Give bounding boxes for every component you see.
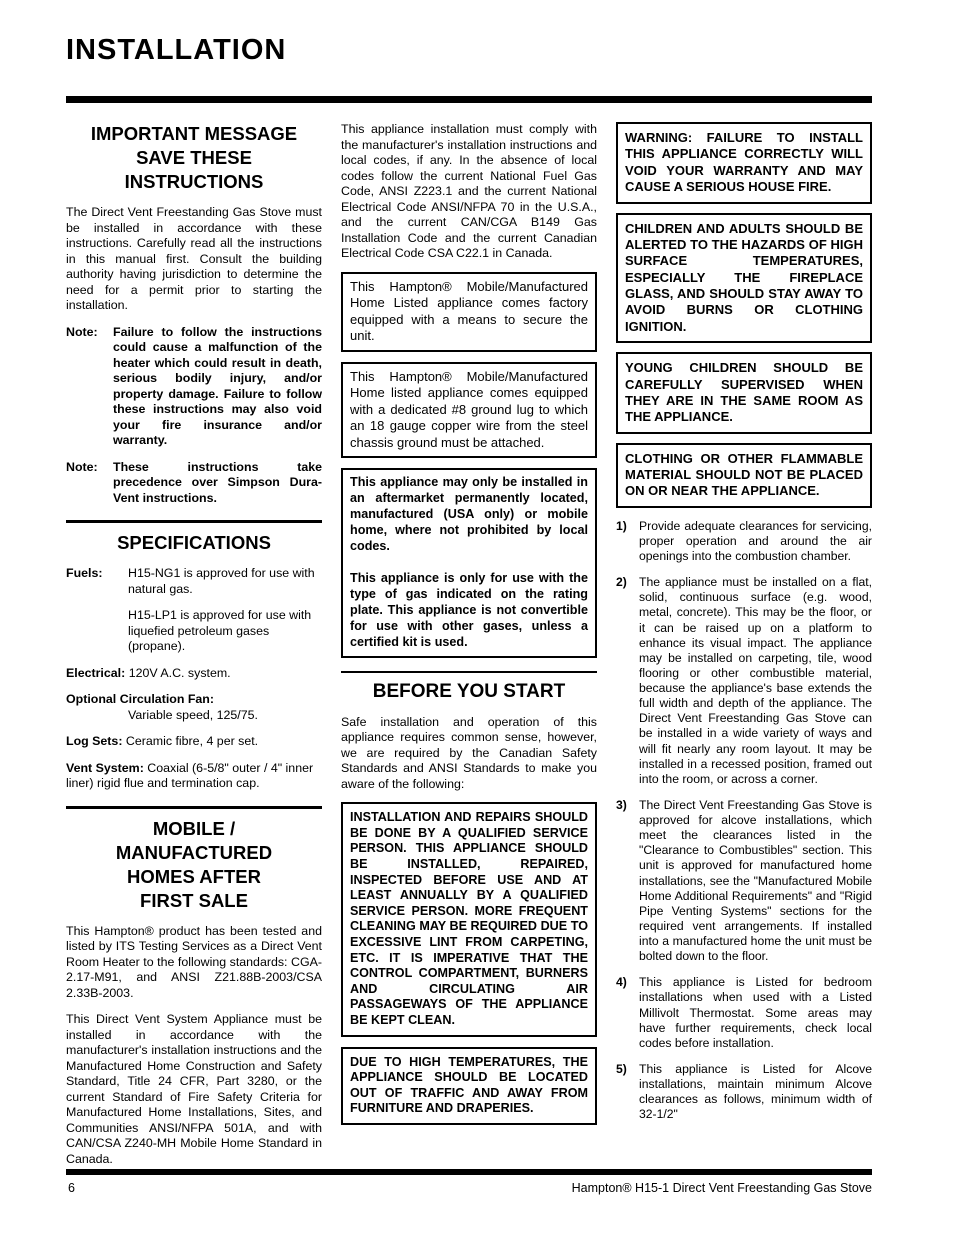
heading-important-message: IMPORTANT MESSAGE SAVE THESE INSTRUCTION… [66, 122, 322, 194]
manual-page: INSTALLATION IMPORTANT MESSAGE SAVE THES… [0, 0, 954, 1235]
item-number: 5) [616, 1062, 627, 1077]
column-left: IMPORTANT MESSAGE SAVE THESE INSTRUCTION… [66, 122, 322, 1167]
heading-mobile-homes: MOBILE / MANUFACTURED HOMES AFTER FIRST … [66, 817, 322, 913]
footer-product-name: Hampton® H15-1 Direct Vent Freestanding … [572, 1181, 872, 1195]
note-item-1: Note: Failure to follow the instructions… [66, 325, 322, 449]
content-columns: IMPORTANT MESSAGE SAVE THESE INSTRUCTION… [66, 122, 872, 1167]
item-number: 4) [616, 975, 627, 990]
spec-text: Variable speed, 125/75. [66, 708, 322, 724]
spec-row-fuels: Fuels: H15-NG1 is approved for use with … [66, 566, 322, 597]
spec-text: H15-LP1 is approved for use with liquefi… [128, 608, 311, 653]
spec-text: 120V A.C. system. [129, 666, 231, 680]
warning-box-aftermarket: This appliance may only be installed in … [341, 468, 597, 658]
heading-specifications: SPECIFICATIONS [66, 531, 322, 555]
section-divider [341, 671, 597, 673]
paragraph-important-intro: The Direct Vent Freestanding Gas Stove m… [66, 205, 322, 314]
paragraph-before-intro: Safe installation and operation of this … [341, 715, 597, 793]
spec-text: Ceramic fibre, 4 per set. [126, 734, 258, 748]
item-text: Provide adequate clearances for servicin… [639, 519, 872, 563]
title-rule [66, 96, 872, 103]
numbered-item-2: 2) The appliance must be installed on a … [616, 575, 872, 787]
spec-row-circulation-fan: Optional Circulation Fan: Variable speed… [66, 692, 322, 723]
numbered-item-1: 1) Provide adequate clearances for servi… [616, 519, 872, 564]
spec-label: Log Sets: [66, 734, 122, 748]
paragraph-mobile-1: This Hampton® product has been tested an… [66, 924, 322, 1002]
warning-box-ground-lug: This Hampton® Mobile/Manufactured Home l… [341, 362, 597, 459]
section-divider [66, 806, 322, 809]
spec-label: Electrical: [66, 666, 125, 680]
numbered-item-4: 4) This appliance is Listed for bedroom … [616, 975, 872, 1051]
spec-label: Fuels: [66, 566, 103, 582]
paragraph-codes: This appliance installation must comply … [341, 122, 597, 262]
spec-row-vent-system: Vent System: Coaxial (6-5/8" outer / 4" … [66, 761, 322, 792]
spec-text: H15-NG1 is approved for use with natural… [128, 566, 315, 596]
spec-row-log-sets: Log Sets: Ceramic fibre, 4 per set. [66, 734, 322, 750]
numbered-item-3: 3) The Direct Vent Freestanding Gas Stov… [616, 798, 872, 964]
page-title: INSTALLATION [66, 34, 286, 67]
spec-label: Vent System: [66, 761, 144, 775]
item-number: 3) [616, 798, 627, 813]
item-text: This appliance is Listed for Alcove inst… [639, 1062, 872, 1121]
warning-box-flammable-material: CLOTHING OR OTHER FLAMMABLE MATERIAL SHO… [616, 443, 872, 508]
item-text: This appliance is Listed for bedroom ins… [639, 975, 872, 1050]
item-number: 2) [616, 575, 627, 590]
spec-row-fuels-lp: H15-LP1 is approved for use with liquefi… [66, 608, 322, 655]
warning-box-children-adults: CHILDREN AND ADULTS SHOULD BE ALERTED TO… [616, 213, 872, 344]
warning-box-secure-unit: This Hampton® Mobile/Manufactured Home L… [341, 272, 597, 352]
note-text: These instructions take precedence over … [113, 460, 322, 505]
note-text: Failure to follow the instructions could… [113, 325, 322, 448]
note-label: Note: [66, 460, 98, 476]
warning-box-house-fire: WARNING: FAILURE TO INSTALL THIS APPLIAN… [616, 122, 872, 204]
paragraph-mobile-2: This Direct Vent System Appliance must b… [66, 1012, 322, 1167]
warning-box-installation-repairs: INSTALLATION AND REPAIRS SHOULD BE DONE … [341, 802, 597, 1037]
column-right: WARNING: FAILURE TO INSTALL THIS APPLIAN… [616, 122, 872, 1167]
note-item-2: Note: These instructions take precedence… [66, 460, 322, 507]
item-text: The Direct Vent Freestanding Gas Stove i… [639, 798, 872, 963]
heading-before-you-start: BEFORE YOU START [341, 680, 597, 704]
spec-row-electrical: Electrical: 120V A.C. system. [66, 666, 322, 682]
column-middle: This appliance installation must comply … [341, 122, 597, 1167]
section-divider [66, 520, 322, 523]
note-label: Note: [66, 325, 98, 341]
warning-box-young-children: YOUNG CHILDREN SHOULD BE CAREFULLY SUPER… [616, 352, 872, 434]
spec-label: Optional Circulation Fan: [66, 692, 322, 708]
footer-rule [66, 1169, 872, 1175]
warning-box-high-temperatures: DUE TO HIGH TEMPERATURES, THE APPLIANCE … [341, 1047, 597, 1125]
numbered-item-5: 5) This appliance is Listed for Alcove i… [616, 1062, 872, 1123]
item-number: 1) [616, 519, 627, 534]
page-number: 6 [68, 1181, 75, 1195]
item-text: The appliance must be installed on a fla… [639, 575, 872, 786]
